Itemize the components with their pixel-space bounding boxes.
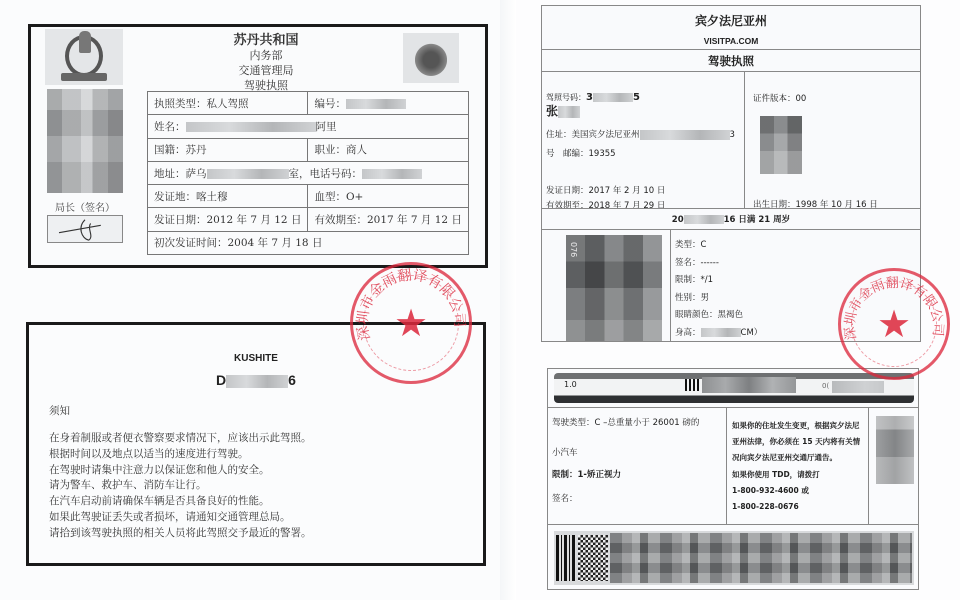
- ghost-photo: [876, 416, 914, 484]
- holder-photo: [47, 89, 123, 193]
- notice-item: 在汽车启动前请确保车辆是否具备良好的性能。: [49, 494, 312, 510]
- phone-number: 1-800-932-4600 或: [732, 483, 860, 499]
- holder-details: 类型：C 签名：------ 限制：*/1 性别：男 眼睛颜色：黑褐色 身高：C…: [675, 237, 762, 343]
- strip-version: 1.0: [564, 380, 577, 389]
- first-issue-date: 初次发证时间：2004 年 7 月 18 日: [148, 231, 469, 254]
- barcode-icon: [685, 379, 699, 391]
- pa-license-front: 宾夕法尼亚州 VISITPA.COM 驾驶执照 驾照号码：35 张 住址：美国宾…: [541, 5, 921, 342]
- restriction: 限制：*/1: [675, 272, 762, 290]
- notice-line: 亚州法律，你必须在 15 天内将有关情: [732, 434, 860, 450]
- height: 身高：CM）: [675, 325, 762, 343]
- chief-signature-label: 局长（签名）: [43, 199, 127, 214]
- holder-photo-small: [760, 116, 802, 174]
- notice-item: 根据时间以及地点以适当的速度进行驾驶。: [49, 447, 312, 463]
- holder-name: 姓名：阿里: [148, 115, 469, 138]
- license-info-table: 执照类型：私人驾照 编号： 姓名：阿里 国籍：苏丹 职业：商人 地址：萨乌室，电…: [147, 91, 469, 255]
- license-serial: D6: [29, 372, 483, 388]
- police-emblem-icon: [45, 29, 123, 85]
- card-version: 证件版本：00: [753, 92, 806, 104]
- state-website: VISITPA.COM: [542, 36, 920, 46]
- left-page: 苏丹共和国 内务部 交通管理局 驾驶执照 局长（签名） 执照类型：私人驾照 编号…: [0, 0, 500, 600]
- sudan-license-card: 苏丹共和国 内务部 交通管理局 驾驶执照 局长（签名） 执照类型：私人驾照 编号…: [28, 24, 488, 268]
- page-gutter: [500, 0, 516, 600]
- pa-license-back: 1.0 0( 驾驶类型：C –总重量小于 26001 磅的 小汽车 限制：1-矫…: [547, 368, 919, 590]
- issue-place: 发证地：喀土穆: [148, 185, 308, 208]
- notice-item: 如果此驾驶证丢失或者损坏，请通知交通管理总局。: [49, 510, 312, 526]
- valid-until: 有效期至：2017 年 7 月 12 日: [308, 208, 468, 231]
- blood-type: 血型：O+: [308, 185, 468, 208]
- notice-line: 如果你的住址发生变更，根据宾夕法尼: [732, 418, 860, 434]
- ministry-title: 内务部: [181, 47, 351, 63]
- sex: 性别：男: [675, 290, 762, 308]
- notice-item: 请为警车、救护车、消防车让行。: [49, 478, 312, 494]
- notice-heading: 须知: [49, 403, 70, 418]
- eye-color: 眼睛颜色：黑褐色: [675, 307, 762, 325]
- holder-zip: 号 邮编：19355: [546, 147, 616, 159]
- notice-card: KUSHITE D6 须知 在身着制服或者便衣警察要求情况下，应该出示此驾照。 …: [26, 322, 486, 566]
- back-info: 驾驶类型：C –总重量小于 26001 磅的 小汽车 限制：1-矫正视力 签名：…: [548, 407, 918, 525]
- magnetic-strip: 1.0 0(: [554, 373, 914, 403]
- signature-field: 签名：------: [675, 255, 762, 273]
- address-change-notice: 如果你的住址发生变更，根据宾夕法尼 亚州法律，你必须在 15 天内将有关情 况向…: [732, 418, 860, 515]
- pa-header: 宾夕法尼亚州 VISITPA.COM: [542, 6, 920, 50]
- phone-number: 1-800-228-0676: [732, 499, 860, 515]
- notice-list: 在身着制服或者便衣警察要求情况下，应该出示此驾照。 根据时间以及地点以适当的速度…: [49, 431, 312, 542]
- photo-code: 076: [569, 242, 578, 257]
- notice-line: 况向宾夕法尼亚州交通厅通告。: [732, 450, 860, 466]
- license-type: 执照类型：私人驾照: [148, 92, 308, 115]
- address-phone: 地址：萨乌室，电话号码：: [148, 161, 469, 184]
- holder-photo: [566, 235, 662, 341]
- pdf417-barcode: [554, 531, 914, 585]
- vehicle-class: 驾驶类型：C –总重量小于 26001 磅的: [552, 416, 699, 428]
- license-number: 编号：: [308, 92, 468, 115]
- age-21-date: 2016 日满 21 周岁: [542, 208, 920, 230]
- occupation: 职业：商人: [308, 138, 468, 161]
- license-class: 类型：C: [675, 237, 762, 255]
- pa-title: 驾驶执照: [542, 50, 920, 72]
- notice-item: 请拾到该驾驶执照的相关人员将此驾照交予最近的警署。: [49, 526, 312, 542]
- department-title: 交通管理局: [181, 62, 351, 78]
- holder-name: 张: [546, 102, 580, 119]
- state-name: 宾夕法尼亚州: [542, 12, 920, 29]
- issue-date: 发证日期：2017 年 2 月 10 日: [546, 184, 665, 196]
- country-title: 苏丹共和国: [181, 29, 351, 48]
- holder-address: 住址：美国宾夕法尼亚州3: [546, 128, 735, 140]
- nationality: 国籍：苏丹: [148, 138, 308, 161]
- coat-of-arms-icon: [403, 33, 459, 83]
- brand-name: KUSHITE: [29, 353, 483, 364]
- signature-label: 签名：: [552, 492, 578, 504]
- notice-item: 在身着制服或者便衣警察要求情况下，应该出示此驾照。: [49, 431, 312, 447]
- notice-item: 在驾驶时请集中注意力以保证您和他人的安全。: [49, 463, 312, 479]
- vehicle-class-cont: 小汽车: [552, 446, 578, 458]
- issue-date: 发证日期：2012 年 7 月 12 日: [148, 208, 308, 231]
- restriction: 限制：1-矫正视力: [552, 468, 621, 480]
- chief-signature: [47, 215, 123, 243]
- notice-line: 如果你使用 TDD，请拨打: [732, 467, 860, 483]
